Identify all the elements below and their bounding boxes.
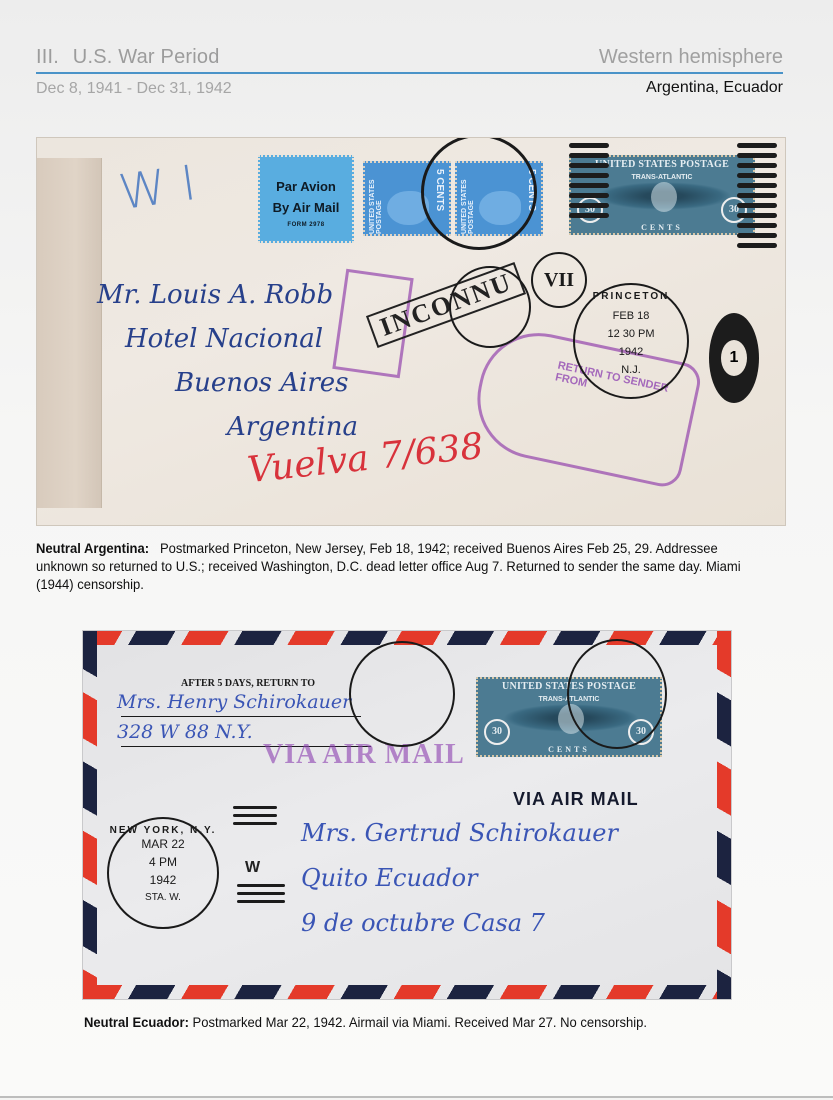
section-title: III. U.S. War Period (36, 46, 220, 69)
new-york-postmark: NEW YORK, N.Y. MAR 22 4 PM 1942 STA. W. (107, 817, 219, 929)
return-line (121, 716, 361, 717)
return-address-line: Mrs. Henry Schirokauer (117, 687, 351, 717)
airmail-border-right (717, 631, 731, 999)
airmail-label-line2: By Air Mail (260, 200, 352, 215)
region-title: Western hemisphere (599, 46, 783, 69)
censor-tape (37, 158, 102, 508)
postmark-date: FEB 18 (575, 307, 687, 325)
machine-cancel-bars (737, 138, 777, 253)
new-york-postmark-on-stamp (567, 639, 667, 749)
address-line: 9 de octubre Casa 7 (301, 901, 618, 946)
date-range: Dec 8, 1941 - Dec 31, 1942 (36, 80, 232, 98)
via-air-mail-print: VIA AIR MAIL (513, 789, 639, 810)
cover-ecuador: AFTER 5 DAYS, RETURN TO Mrs. Henry Schir… (82, 630, 732, 1000)
airmail-label: Par Avion By Air Mail FORM 2978 (258, 155, 354, 243)
address-line: Buenos Aires (175, 361, 358, 405)
airmail-border-left (83, 631, 97, 999)
stamp-value-left: 30 (484, 719, 510, 745)
caption-label: Neutral Ecuador: (84, 1014, 189, 1030)
postmark-state: N.J. (575, 361, 687, 379)
address-line: Hotel Nacional (125, 317, 358, 361)
globe-icon (651, 182, 677, 212)
airmail-label-line1: Par Avion (260, 179, 352, 194)
caption-argentina: Neutral Argentina: Postmarked Princeton,… (36, 539, 743, 593)
pencil-marks: W I (115, 155, 199, 221)
purple-via-air-mail-stamp: VIA AIR MAIL (263, 739, 465, 771)
caption-label: Neutral Argentina: (36, 540, 149, 556)
postmark-city: NEW YORK, N.Y. (109, 825, 217, 836)
new-york-postmark-top (349, 641, 455, 747)
address-line: Quito Ecuador (301, 856, 618, 901)
section-number: III. (36, 46, 59, 68)
exhibit-page: III. U.S. War Period Western hemisphere … (0, 0, 833, 1098)
recipient-address: Mr. Louis A. Robb Hotel Nacional Buenos … (97, 273, 358, 449)
address-line: Mr. Louis A. Robb (97, 273, 358, 317)
recipient-address: Mrs. Gertrud Schirokauer Quito Ecuador 9… (301, 811, 618, 946)
stamp-country: UNITED STATES POSTAGE (369, 169, 383, 234)
caption-text: Postmarked Mar 22, 1942. Airmail via Mia… (193, 1014, 647, 1030)
caption-ecuador: Neutral Ecuador: Postmarked Mar 22, 1942… (84, 1014, 647, 1030)
postmark-date: MAR 22 (109, 835, 217, 853)
postmark-time: 4 PM (109, 853, 217, 871)
section-title-text: U.S. War Period (73, 46, 220, 68)
machine-cancel-number: 1 (721, 340, 747, 376)
cover-argentina: W I Par Avion By Air Mail FORM 2978 UNIT… (36, 137, 786, 526)
address-line: Mrs. Gertrud Schirokauer (301, 811, 618, 856)
stamp-bottom-text: CENTS (571, 223, 753, 232)
princeton-postmark: PRINCETON FEB 18 12 30 PM 1942 N.J. (573, 283, 689, 399)
machine-cancel-oval: 1 (709, 313, 759, 403)
airmail-label-form: FORM 2978 (260, 222, 352, 228)
buenos-aires-receiving-postmark (449, 266, 531, 348)
countries-subtitle: Argentina, Ecuador (646, 79, 783, 97)
princeton-postmark-top (421, 137, 537, 250)
header-rule (36, 72, 783, 74)
postmark-station: STA. W. (109, 889, 217, 907)
machine-cancel-bars (569, 138, 609, 223)
return-address: Mrs. Henry Schirokauer 328 W 88 N.Y. (117, 687, 351, 747)
stamp-bottom-text: CENTS (478, 745, 660, 754)
machine-cancel-bars (233, 801, 277, 830)
postmark-year: 1942 (575, 343, 687, 361)
postmark-year: 1942 (109, 871, 217, 889)
machine-cancel-bars (237, 879, 285, 908)
postmark-city: PRINCETON (575, 291, 687, 302)
airmail-border-bottom (83, 985, 731, 999)
postmark-time: 12 30 PM (575, 325, 687, 343)
machine-cancel-letter: W (245, 859, 260, 877)
